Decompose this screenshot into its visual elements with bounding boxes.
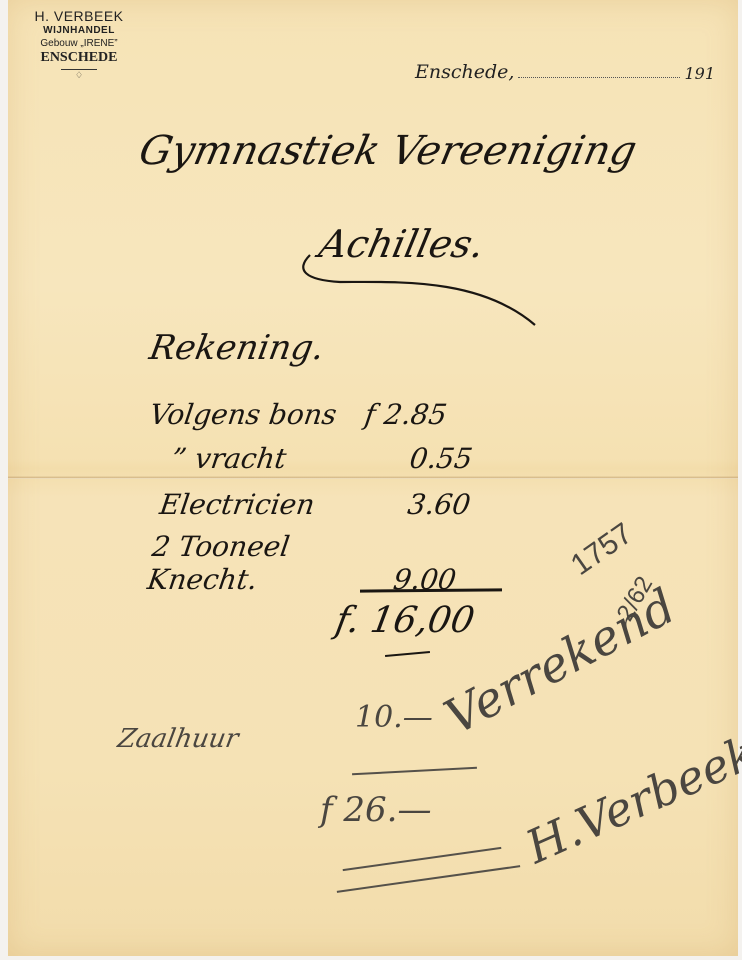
line-item: Electricien 3.60	[148, 488, 511, 521]
line-item-description: ” vracht	[148, 442, 390, 475]
line-item-description: 2 Tooneel Knecht.	[145, 530, 379, 596]
invoice-total: f. 16,00	[332, 600, 477, 641]
line-item: ” vracht 0.55	[148, 442, 513, 475]
dateline-year: 191	[684, 64, 715, 83]
underline-flourish	[300, 250, 540, 330]
addressee-line-1: Gymnastiek Vereeniging	[135, 128, 641, 174]
dateline: Enschede, 191	[415, 57, 715, 83]
dateline-city: Enschede,	[415, 61, 514, 83]
invoice-heading: Rekening.	[146, 328, 327, 368]
line-item-amount: 3.60	[406, 488, 511, 521]
line-item-amount: 0.55	[408, 442, 513, 475]
letterhead-city: ENSCHEDE	[20, 50, 138, 66]
pencil-label-zaalhuur: Zaalhuur	[115, 724, 240, 754]
line-item-description: Volgens bons	[148, 398, 368, 431]
letterhead-name: H. VERBEEK	[20, 8, 138, 24]
pencil-amount-2: f 26.—	[320, 790, 431, 830]
pencil-amount-1: 10.—	[355, 700, 433, 735]
line-item-amount: 2.85	[382, 398, 487, 431]
letterhead-trade: WIJNHANDEL	[20, 24, 138, 37]
line-item: Volgens bonsf 2.85	[148, 398, 487, 431]
line-item-description: Electricien	[148, 488, 390, 521]
letterhead: H. VERBEEK WIJNHANDEL Gebouw „IRENE” ENS…	[20, 8, 138, 80]
ornament-icon: ♢	[20, 70, 138, 80]
paper-fold-crease	[8, 476, 738, 479]
line-item: 2 Tooneel Knecht. 9.00	[145, 530, 500, 596]
dateline-blank	[518, 77, 680, 78]
letterhead-building: Gebouw „IRENE”	[20, 37, 138, 50]
